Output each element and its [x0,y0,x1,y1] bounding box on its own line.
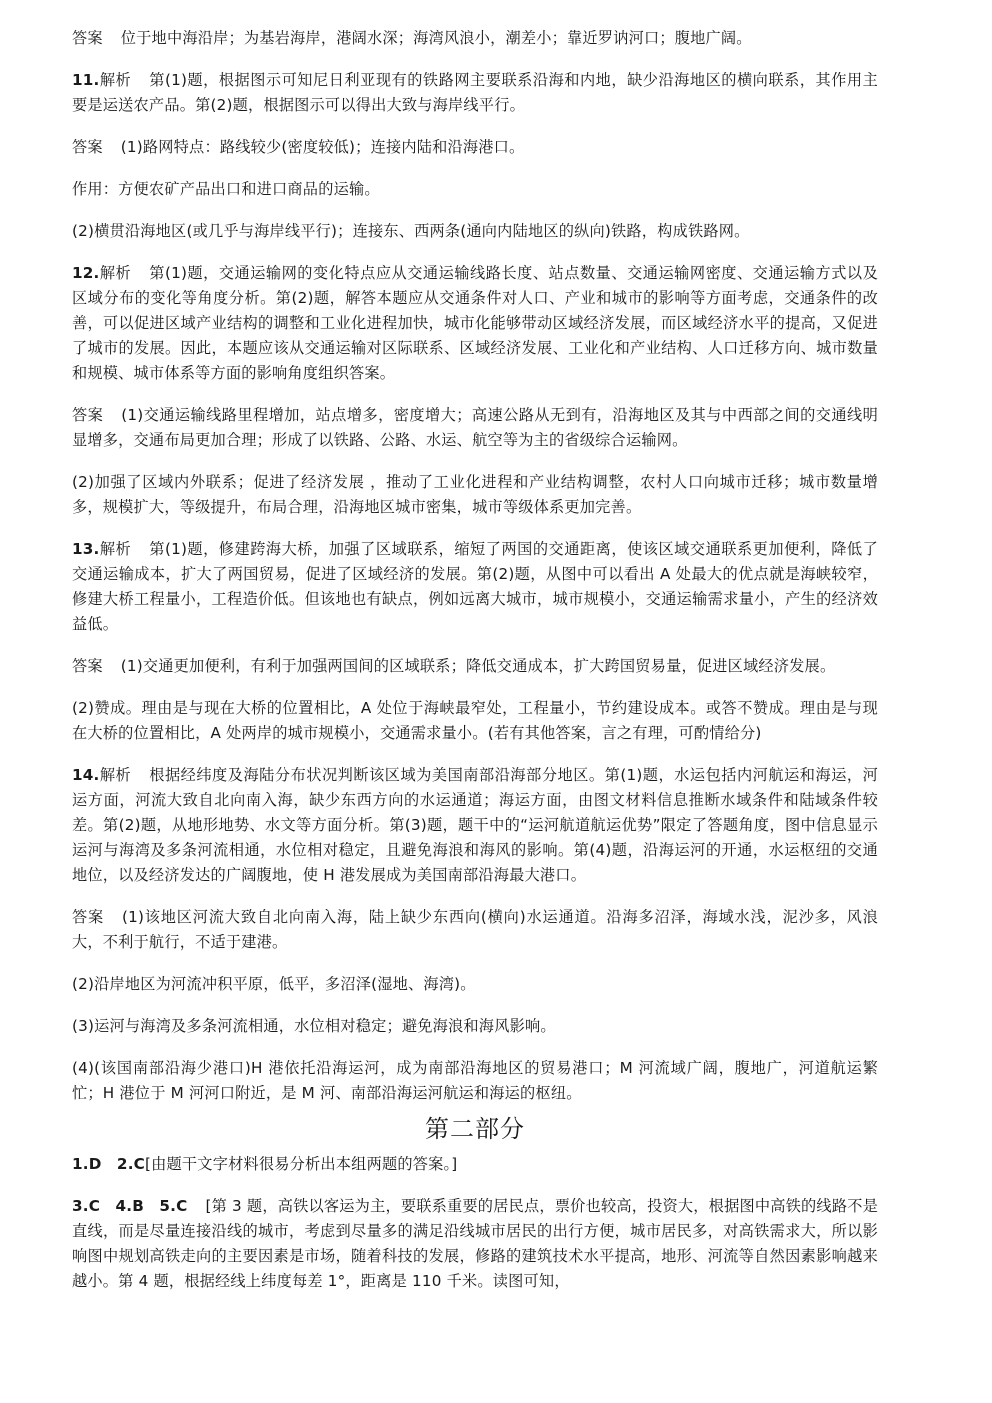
question-number: 14. [72,766,100,784]
question-number: 12. [72,264,100,282]
q13-answer-1: 答案(1)交通更加便利，有利于加强两国间的区域联系；降低交通成本，扩大跨国贸易量… [72,654,878,679]
q11-answer-1: 答案(1)路网特点：路线较少(密度较低)；连接内陆和沿海港口。 [72,135,878,160]
q12-answer-2: (2)加强了区域内外联系；促进了经济发展 ，推动了工业化进程和产业结构调整，农村… [72,470,878,520]
answer-keys: 1.D 2.C [72,1155,145,1173]
question-number: 13. [72,540,100,558]
part2-q1-2: 1.D 2.C[由题干文字材料很易分析出本组两题的答案。] [72,1152,878,1177]
answer-label: 答案 [72,29,103,47]
answer-text: (1)该地区河流大致自北向南入海，陆上缺少东西向(横向)水运通道。沿海多沼泽，海… [72,908,878,951]
analysis-label: 解析 [100,766,132,784]
answer-text: (1)交通运输线路里程增加，站点增多，密度增大；高速公路从无到有，沿海地区及其与… [72,406,878,449]
q14-answer-2: (2)沿岸地区为河流冲积平原，低平，多沼泽(湿地、海湾)。 [72,972,878,997]
answer-text: 位于地中海沿岸；为基岩海岸，港阔水深；海湾风浪小，潮差小；靠近罗讷河口；腹地广阔… [121,29,752,47]
answer-label: 答案 [72,138,103,156]
analysis-text: 第(1)题，交通运输网的变化特点应从交通运输线路长度、站点数量、交通运输网密度、… [72,264,878,382]
analysis-text: 第(1)题，根据图示可知尼日利亚现有的铁路网主要联系沿海和内地，缺少沿海地区的横… [72,71,878,114]
q10-answer: 答案位于地中海沿岸；为基岩海岸，港阔水深；海湾风浪小，潮差小；靠近罗讷河口；腹地… [72,26,878,51]
q14-answer-3: (3)运河与海湾及多条河流相通，水位相对稳定；避免海浪和海风影响。 [72,1014,878,1039]
explanation-text: [第 3 题，高铁以客运为主，要联系重要的居民点，票价也较高，投资大，根据图中高… [72,1197,878,1290]
answer-text: (1)交通更加便利，有利于加强两国间的区域联系；降低交通成本，扩大跨国贸易量，促… [121,657,836,675]
q14-answer-1: 答案(1)该地区河流大致自北向南入海，陆上缺少东西向(横向)水运通道。沿海多沼泽… [72,905,878,955]
analysis-text: 根据经纬度及海陆分布状况判断该区域为美国南部沿海部分地区。第(1)题，水运包括内… [72,766,878,884]
analysis-label: 解析 [100,540,132,558]
q14-answer-4: (4)(该国南部沿海少港口)H 港依托沿海运河，成为南部沿海地区的贸易港口；M … [72,1056,878,1106]
answer-keys: 3.C 4.B 5.C [72,1197,187,1215]
analysis-label: 解析 [100,264,132,282]
answer-label: 答案 [72,908,104,926]
part2-q3-5: 3.C 4.B 5.C[第 3 题，高铁以客运为主，要联系重要的居民点，票价也较… [72,1194,878,1294]
explanation-text: [由题干文字材料很易分析出本组两题的答案。] [145,1155,457,1173]
analysis-label: 解析 [100,71,132,89]
q13-analysis: 13.解析第(1)题，修建跨海大桥，加强了区域联系，缩短了两国的交通距离，使该区… [72,537,878,637]
q11-answer-2: (2)横贯沿海地区(或几乎与海岸线平行)；连接东、西两条(通向内陆地区的纵向)铁… [72,219,878,244]
q11-analysis: 11.解析第(1)题，根据图示可知尼日利亚现有的铁路网主要联系沿海和内地，缺少沿… [72,68,878,118]
document-page: 答案位于地中海沿岸；为基岩海岸，港阔水深；海湾风浪小，潮差小；靠近罗讷河口；腹地… [72,26,878,1294]
answer-text: (1)路网特点：路线较少(密度较低)；连接内陆和沿海港口。 [121,138,525,156]
answer-label: 答案 [72,657,103,675]
q12-analysis: 12.解析第(1)题，交通运输网的变化特点应从交通运输线路长度、站点数量、交通运… [72,261,878,386]
question-number: 11. [72,71,100,89]
answer-label: 答案 [72,406,103,424]
q13-answer-2: (2)赞成。理由是与现在大桥的位置相比，A 处位于海峡最窄处，工程量小，节约建设… [72,696,878,746]
section-title: 第二部分 [72,1112,878,1146]
analysis-text: 第(1)题，修建跨海大桥，加强了区域联系，缩短了两国的交通距离，使该区域交通联系… [72,540,878,633]
q12-answer-1: 答案(1)交通运输线路里程增加，站点增多，密度增大；高速公路从无到有，沿海地区及… [72,403,878,453]
q14-analysis: 14.解析根据经纬度及海陆分布状况判断该区域为美国南部沿海部分地区。第(1)题，… [72,763,878,888]
q11-answer-1b: 作用：方便农矿产品出口和进口商品的运输。 [72,177,878,202]
